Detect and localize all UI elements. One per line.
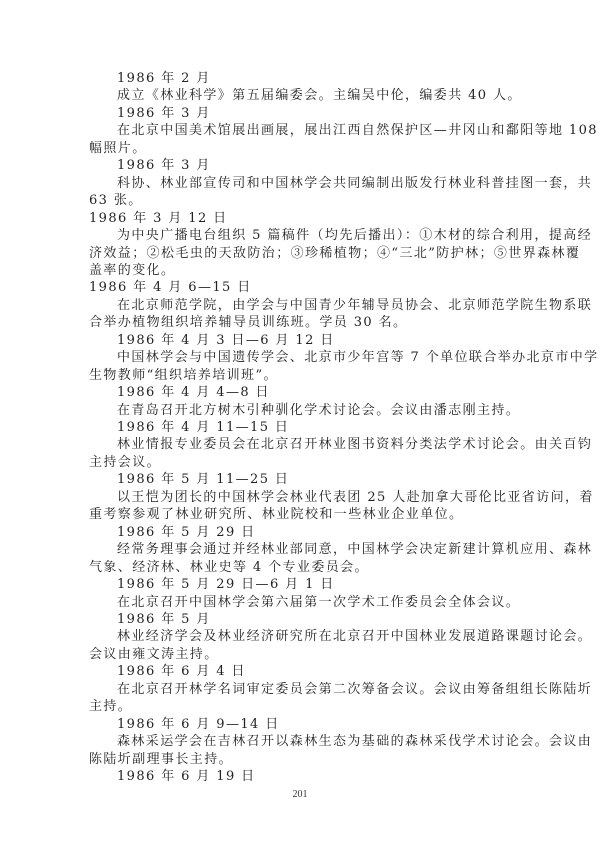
entry-text: 中国林学会与中国遗传学会、北京市少年宫等 7 个单位联合举办北京市中学 [117,348,599,367]
entry-date: 1986 年 2 月 [117,69,211,88]
entry-text: 在青岛召开北方树木引种驯化学术讨论会。会议由潘志刚主持。 [117,401,520,420]
entry-text: 科协、林业部宣传司和中国林学会共同编制出版发行林业科普挂图一套，共 [117,174,592,193]
entry-text: 成立《林业科学》第五届编委会。主编吴中伦，编委共 40 人。 [117,86,522,105]
entry-text: 在北京中国美术馆展出画展，展出江西自然保护区—井冈山和鄱阳等地 108 [117,121,598,140]
entry-date: 1986 年 4 月 3 日—6 月 12 日 [117,331,335,350]
entry-text: 森林采运学会在吉林召开以森林生态为基础的森林采伐学术讨论会。会议由 [117,732,592,751]
entry-text: 幅照片。 [89,139,147,158]
entry-text: 63 张。 [89,191,143,210]
entry-text: 经常务理事会通过并经林业部同意，中国林学会决定新建计算机应用、森林 [117,540,592,559]
entry-text: 在北京召开林学名词审定委员会第二次筹备会议。会议由筹备组组长陈陆圻 [117,680,592,699]
entry-date: 1986 年 4 月 4—8 日 [117,383,270,402]
entry-text: 会议由雍文涛主持。 [89,645,219,664]
entry-date: 1986 年 5 月 [117,610,211,629]
entry-date: 1986 年 3 月 [117,104,211,123]
page-number: 201 [0,789,600,800]
entry-text: 主持会议。 [89,453,161,472]
entry-date: 1986 年 6 月 19 日 [117,767,256,786]
entry-text: 盖率的变化。 [89,261,175,280]
entry-date: 1986 年 4 月 6—15 日 [89,278,252,297]
entry-text: 林业经济学会及林业经济研究所在北京召开中国林业发展道路课题讨论会。 [117,627,592,646]
entry-text: 林业情报专业委员会在北京召开林业图书资料分类法学术讨论会。由关百钧 [117,435,592,454]
entry-text: 生物教师“组织培养培训班”。 [89,366,278,385]
entry-date: 1986 年 3 月 12 日 [89,209,228,228]
entry-date: 1986 年 3 月 [117,156,211,175]
entry-text: 重考察参观了林业研究所、林业院校和一些林业企业单位。 [89,505,463,524]
entry-date: 1986 年 5 月 29 日—6 月 1 日 [117,575,335,594]
entry-text: 主持。 [89,697,132,716]
entry-text: 气象、经济林、林业史等 4 个专业委员会。 [89,558,369,577]
entry-text: 为中央广播电台组织 5 篇稿件（均先后播出）：①木材的综合利用，提高经 [117,226,592,245]
entry-date: 1986 年 5 月 11—25 日 [117,470,289,489]
entry-date: 1986 年 6 月 9—14 日 [117,715,280,734]
entry-text: 陈陆圻副理事长主持。 [89,750,233,769]
entry-text: 在北京师范学院，由学会与中国青少年辅导员协会、北京师范学院生物系联 [117,296,592,315]
entry-text: 济效益；②松毛虫的天敌防治；③珍稀植物；④“三北”防护林；⑤世界森林覆 [89,244,580,263]
entry-text: 合举办植物组织培养辅导员训练班。学员 30 名。 [89,313,407,332]
entry-date: 1986 年 5 月 29 日 [117,523,256,542]
entry-date: 1986 年 4 月 11—15 日 [117,418,289,437]
entry-date: 1986 年 6 月 4 日 [117,662,246,681]
entry-text: 以王恺为团长的中国林学会林业代表团 25 人赴加拿大哥伦比亚省访问，着 [117,488,594,507]
entry-text: 在北京召开中国林学会第六届第一次学术工作委员会全体会议。 [117,593,520,612]
